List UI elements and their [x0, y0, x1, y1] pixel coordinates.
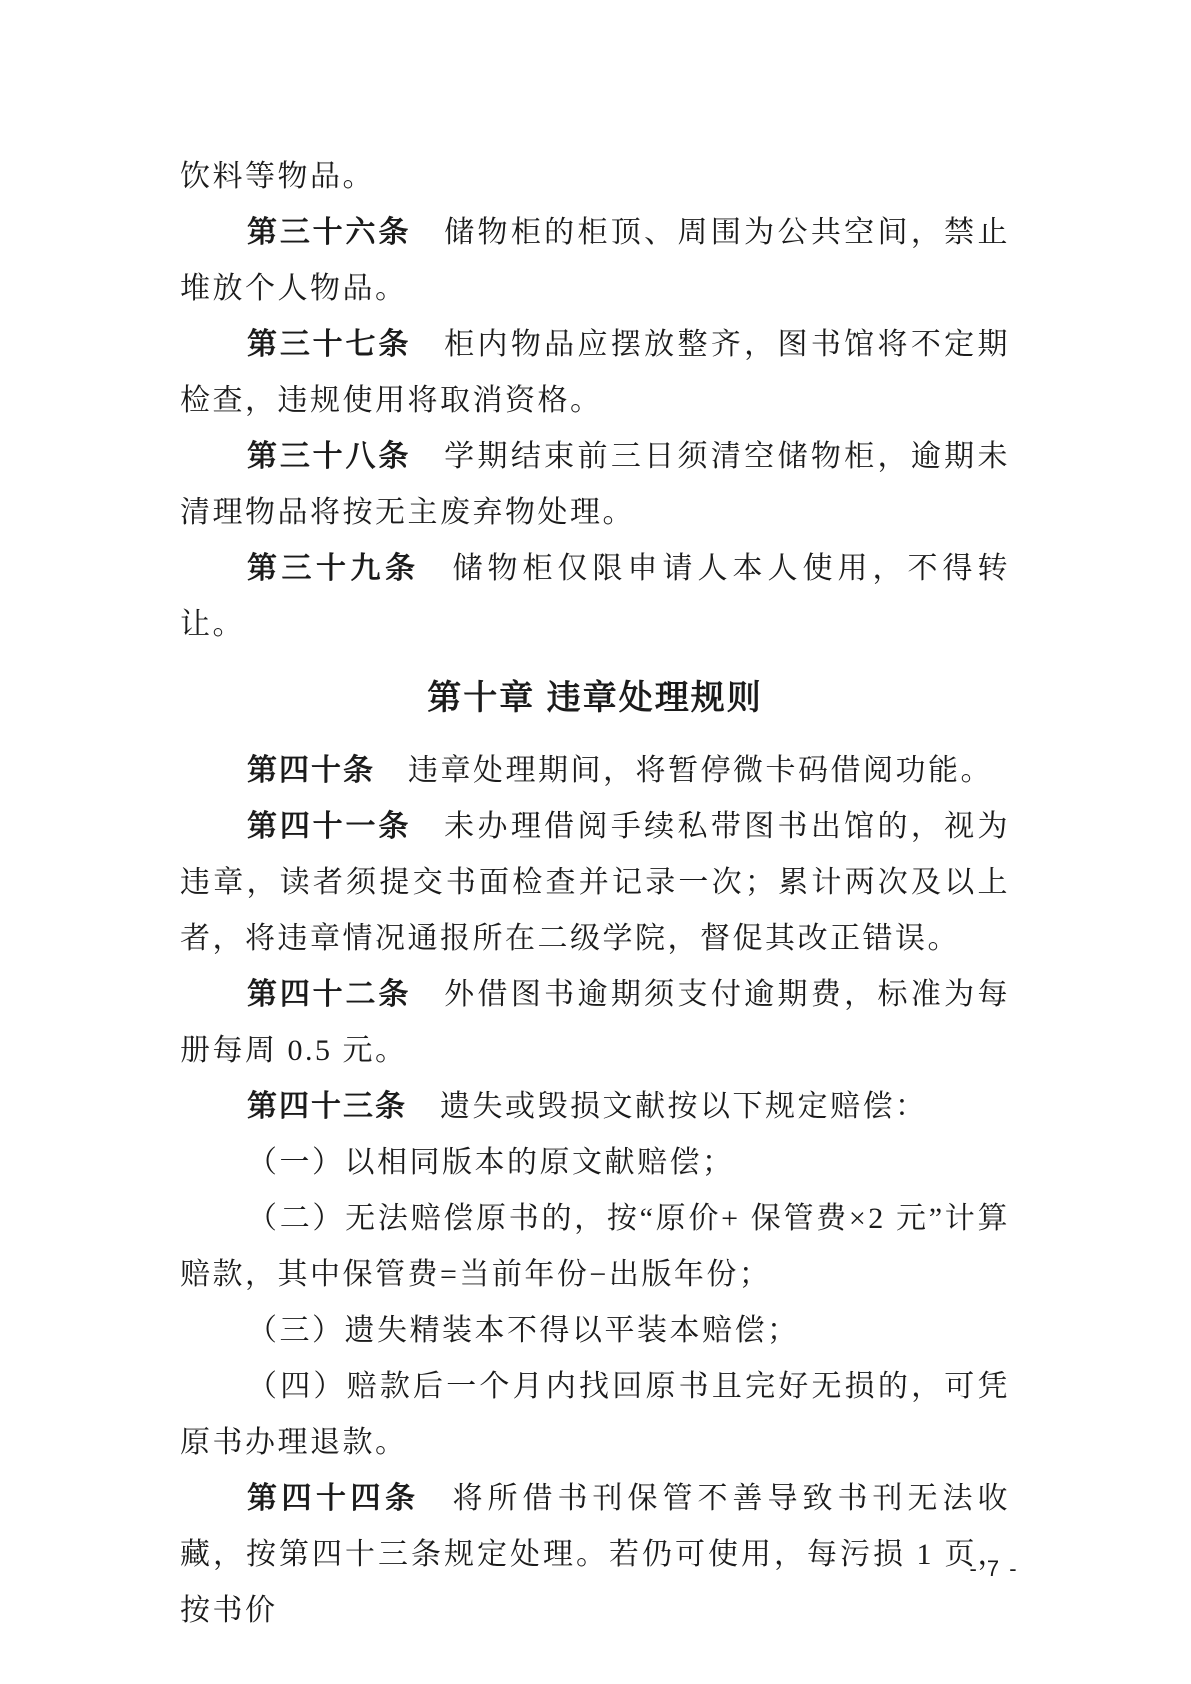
list-item-1: （一）以相同版本的原文献赔偿； [180, 1135, 1010, 1191]
list-item-1-text: （一）以相同版本的原文献赔偿； [247, 1146, 735, 1179]
chapter-heading: 第十章 违章处理规则 [180, 653, 1010, 743]
article-43-number: 第四十三条 [247, 1090, 407, 1123]
article-36-number: 第三十六条 [247, 216, 411, 249]
continuation-text: 饮料等物品。 [180, 160, 375, 193]
list-item-2-text: （二）无法赔偿原书的，按“原价+ 保管费×2 元”计算赔款，其中保管费=当前年份… [180, 1202, 1010, 1291]
paragraph-article-42: 第四十二条外借图书逾期须支付逾期费，标准为每册每周 0.5 元。 [180, 967, 1010, 1079]
list-item-2: （二）无法赔偿原书的，按“原价+ 保管费×2 元”计算赔款，其中保管费=当前年份… [180, 1191, 1010, 1303]
article-43-text: 遗失或毁损文献按以下规定赔偿： [440, 1090, 928, 1123]
paragraph-continuation: 饮料等物品。 [180, 149, 1010, 205]
article-44-number: 第四十四条 [247, 1482, 420, 1515]
article-39-number: 第三十九条 [247, 552, 420, 585]
paragraph-article-37: 第三十七条柜内物品应摆放整齐，图书馆将不定期检查，违规使用将取消资格。 [180, 317, 1010, 429]
paragraph-article-43: 第四十三条遗失或毁损文献按以下规定赔偿： [180, 1079, 1010, 1135]
page-number: - 7 - [894, 1556, 1094, 1582]
list-item-3-text: （三）遗失精装本不得以平装本赔偿； [247, 1314, 800, 1347]
paragraph-article-44: 第四十四条将所借书刊保管不善导致书刊无法收藏，按第四十三条规定处理。若仍可使用，… [180, 1471, 1010, 1639]
list-item-4-text: （四）赔款后一个月内找回原书且完好无损的，可凭原书办理退款。 [180, 1370, 1010, 1459]
paragraph-article-40: 第四十条违章处理期间，将暂停微卡码借阅功能。 [180, 743, 1010, 799]
article-37-number: 第三十七条 [247, 328, 411, 361]
article-42-number: 第四十二条 [247, 978, 411, 1011]
list-item-3: （三）遗失精装本不得以平装本赔偿； [180, 1303, 1010, 1359]
paragraph-article-36: 第三十六条储物柜的柜顶、周围为公共空间，禁止堆放个人物品。 [180, 205, 1010, 317]
document-page: 饮料等物品。 第三十六条储物柜的柜顶、周围为公共空间，禁止堆放个人物品。 第三十… [0, 0, 1191, 1684]
article-38-number: 第三十八条 [247, 440, 411, 473]
list-item-4: （四）赔款后一个月内找回原书且完好无损的，可凭原书办理退款。 [180, 1359, 1010, 1471]
paragraph-article-41: 第四十一条未办理借阅手续私带图书出馆的，视为违章，读者须提交书面检查并记录一次；… [180, 799, 1010, 967]
document-body: 饮料等物品。 第三十六条储物柜的柜顶、周围为公共空间，禁止堆放个人物品。 第三十… [180, 149, 1010, 1639]
paragraph-article-39: 第三十九条储物柜仅限申请人本人使用，不得转让。 [180, 541, 1010, 653]
article-40-text: 违章处理期间，将暂停微卡码借阅功能。 [408, 754, 993, 787]
paragraph-article-38: 第三十八条学期结束前三日须清空储物柜，逾期未清理物品将按无主废弃物处理。 [180, 429, 1010, 541]
article-41-number: 第四十一条 [247, 810, 411, 843]
article-40-number: 第四十条 [247, 754, 375, 787]
